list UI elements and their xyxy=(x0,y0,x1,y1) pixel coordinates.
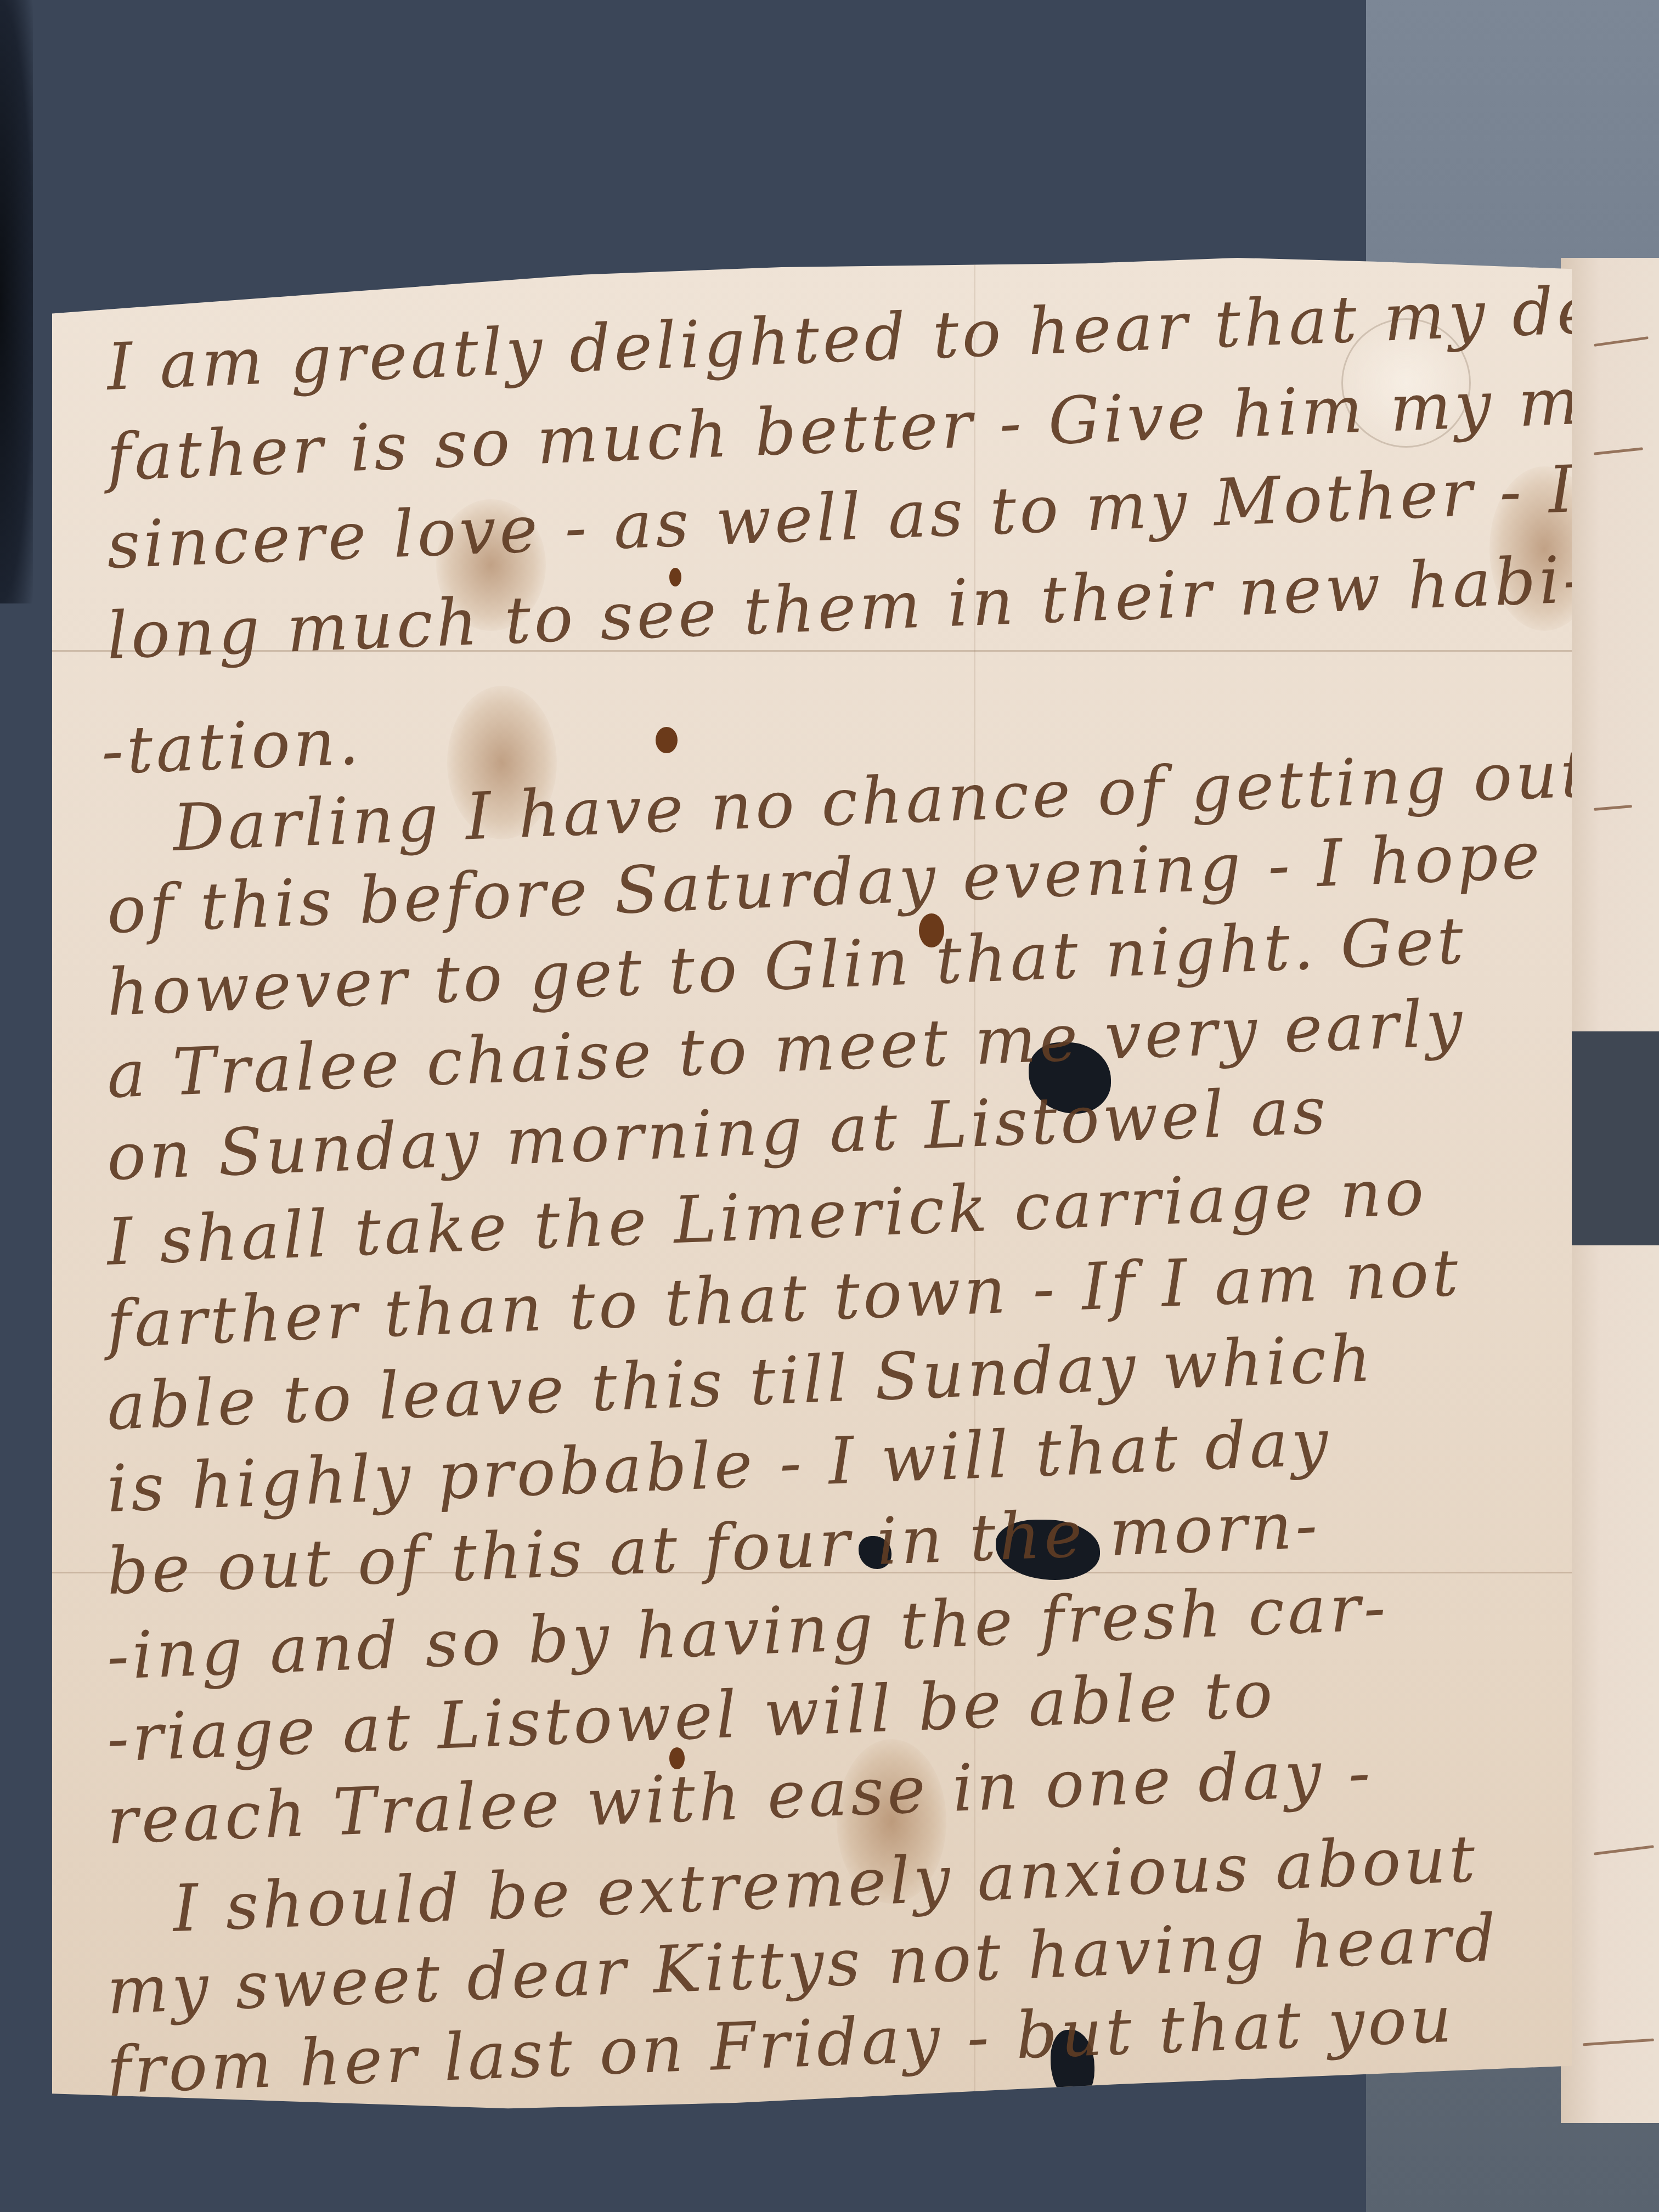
ink-stroke xyxy=(1594,336,1649,347)
ink-stroke xyxy=(1583,2038,1654,2046)
torn-gap xyxy=(1569,1031,1659,1245)
letter-page: I am greatly delighted to hear that my d… xyxy=(52,258,1572,2112)
letter-line: -tation. xyxy=(100,703,363,789)
ink-stroke xyxy=(1594,1845,1654,1855)
ink-stroke xyxy=(1594,805,1632,811)
ink-spot xyxy=(656,727,678,753)
ink-stroke xyxy=(1594,447,1643,455)
dark-shadow-corner xyxy=(0,0,33,603)
